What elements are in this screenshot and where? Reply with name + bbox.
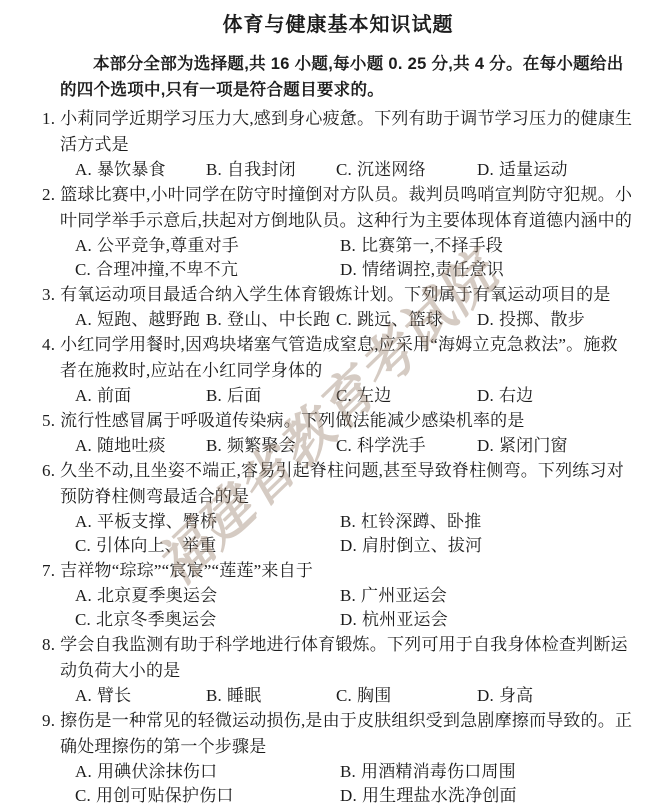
option-label: A. (75, 510, 92, 534)
option-text: 引体向上、举重 (96, 534, 216, 558)
question-number: 4. (42, 335, 55, 354)
option: B.用酒精消毒伤口周围 (340, 760, 516, 784)
option-text: 平板支撑、臀桥 (97, 510, 217, 534)
option: A.公平竞争,尊重对手 (75, 234, 340, 258)
option-rows: A.用碘伏涂抹伤口B.用酒精消毒伤口周围C.用创可贴保护伤口D.用生理盐水洗净创… (42, 760, 634, 807)
option-label: D. (477, 434, 494, 458)
option-text: 后面 (227, 384, 261, 408)
option: A.用碘伏涂抹伤口 (75, 760, 340, 784)
option: A.随地吐痰 (75, 434, 206, 458)
option-row: A.随地吐痰B.频繁聚会C.科学洗手D.紧闭门窗 (42, 434, 634, 458)
option: B.广州亚运会 (340, 584, 447, 608)
question-text: 吉祥物“琮琮”“宸宸”“莲莲”来自于 (60, 561, 313, 580)
option-row: A.臂长B.睡眠C.胸围D.身高 (42, 684, 634, 708)
option-text: 前面 (97, 384, 131, 408)
option-text: 用酒精消毒伤口周围 (361, 760, 516, 784)
option-label: A. (75, 760, 92, 784)
option-label: B. (206, 434, 222, 458)
option-label: C. (75, 258, 91, 282)
question-text: 学会自我监测有助于科学地进行体育锻炼。下列可用于自我身体检查判断运动负荷大小的是 (60, 635, 628, 680)
option-text: 广州亚运会 (361, 584, 447, 608)
option: A.臂长 (75, 684, 206, 708)
exam-page: 体育与健康基本知识试题 本部分全部为选择题,共 16 小题,每小题 0. 25 … (42, 12, 634, 807)
option-label: A. (75, 308, 92, 332)
option-label: C. (336, 158, 352, 182)
option: B.比赛第一,不择手段 (340, 234, 503, 258)
option-text: 胸围 (357, 684, 391, 708)
option-label: D. (477, 308, 494, 332)
option: B.杠铃深蹲、卧推 (340, 510, 481, 534)
option-row: C.用创可贴保护伤口D.用生理盐水洗净创面 (42, 784, 634, 807)
question-stem: 4.小红同学用餐时,因鸡块堵塞气管造成窒息,应采用“海姆立克急救法”。施救者在施… (42, 332, 634, 384)
question-stem: 2.篮球比赛中,小叶同学在防守时撞倒对方队员。裁判员鸣哨宣判防守犯规。小叶同学举… (42, 182, 634, 234)
option-label: A. (75, 434, 92, 458)
option: C.胸围 (336, 684, 477, 708)
option-row: A.暴饮暴食B.自我封闭C.沉迷网络D.适量运动 (42, 158, 634, 182)
question-text: 久坐不动,且坐姿不端正,容易引起脊柱问题,甚至导致脊柱侧弯。下列练习对预防脊柱侧… (60, 461, 624, 506)
option-row: A.北京夏季奥运会B.广州亚运会 (42, 584, 634, 608)
option-label: B. (206, 384, 222, 408)
option: D.投掷、散步 (477, 308, 585, 332)
option-text: 睡眠 (227, 684, 261, 708)
option: A.短跑、越野跑 (75, 308, 206, 332)
question-stem: 9.擦伤是一种常见的轻微运动损伤,是由于皮肤组织受到急剧摩擦而导致的。正确处理擦… (42, 708, 634, 760)
option-text: 随地吐痰 (97, 434, 166, 458)
option: C.北京冬季奥运会 (75, 608, 340, 632)
option-text: 杠铃深蹲、卧推 (361, 510, 481, 534)
option-label: C. (75, 534, 91, 558)
option: D.适量运动 (477, 158, 568, 182)
option: A.北京夏季奥运会 (75, 584, 340, 608)
page-title: 体育与健康基本知识试题 (42, 12, 634, 38)
exam-instructions: 本部分全部为选择题,共 16 小题,每小题 0. 25 分,共 4 分。在每小题… (60, 51, 634, 103)
option-row: A.用碘伏涂抹伤口B.用酒精消毒伤口周围 (42, 760, 634, 784)
option-label: B. (206, 308, 222, 332)
option-label: C. (336, 308, 352, 332)
question-number: 5. (42, 411, 55, 430)
option: A.暴饮暴食 (75, 158, 206, 182)
option-label: D. (340, 534, 357, 558)
option-label: C. (336, 684, 352, 708)
option-text: 杭州亚运会 (362, 608, 448, 632)
question: 1.小莉同学近期学习压力大,感到身心疲惫。下列有助于调节学习压力的健康生活方式是… (42, 106, 634, 182)
option: C.跳远、篮球 (336, 308, 477, 332)
option-text: 用生理盐水洗净创面 (362, 784, 517, 807)
option: B.自我封闭 (206, 158, 336, 182)
option-text: 用碘伏涂抹伤口 (97, 760, 217, 784)
option-text: 北京夏季奥运会 (97, 584, 217, 608)
option: D.右边 (477, 384, 533, 408)
question-stem: 5.流行性感冒属于呼吸道传染病。下列做法能减少感染机率的是 (42, 408, 634, 434)
option: D.用生理盐水洗净创面 (340, 784, 517, 807)
option: D.情绪调控,责任意识 (340, 258, 504, 282)
option: C.用创可贴保护伤口 (75, 784, 340, 807)
question: 7.吉祥物“琮琮”“宸宸”“莲莲”来自于 A.北京夏季奥运会B.广州亚运会C.北… (42, 558, 634, 632)
option-text: 用创可贴保护伤口 (96, 784, 234, 807)
question-number: 7. (42, 561, 55, 580)
question-stem: 1.小莉同学近期学习压力大,感到身心疲惫。下列有助于调节学习压力的健康生活方式是 (42, 106, 634, 158)
option-label: B. (340, 760, 356, 784)
option-rows: A.短跑、越野跑B.登山、中长跑C.跳远、篮球D.投掷、散步 (42, 308, 634, 332)
option: C.引体向上、举重 (75, 534, 340, 558)
option: C.沉迷网络 (336, 158, 477, 182)
option-text: 情绪调控,责任意识 (362, 258, 504, 282)
question-text: 流行性感冒属于呼吸道传染病。下列做法能减少感染机率的是 (60, 411, 524, 430)
option-text: 暴饮暴食 (97, 158, 166, 182)
option: D.杭州亚运会 (340, 608, 448, 632)
option: B.登山、中长跑 (206, 308, 336, 332)
option-text: 科学洗手 (357, 434, 426, 458)
question: 4.小红同学用餐时,因鸡块堵塞气管造成窒息,应采用“海姆立克急救法”。施救者在施… (42, 332, 634, 408)
option-label: D. (340, 608, 357, 632)
option-label: B. (340, 234, 356, 258)
question-text: 有氧运动项目最适合纳入学生体育锻炼计划。下列属于有氧运动项目的是 (60, 285, 610, 304)
option-label: B. (340, 510, 356, 534)
option-label: C. (336, 384, 352, 408)
option-label: D. (477, 684, 494, 708)
question: 9.擦伤是一种常见的轻微运动损伤,是由于皮肤组织受到急剧摩擦而导致的。正确处理擦… (42, 708, 634, 807)
option-text: 频繁聚会 (227, 434, 296, 458)
question-stem: 7.吉祥物“琮琮”“宸宸”“莲莲”来自于 (42, 558, 634, 584)
option-label: B. (206, 684, 222, 708)
question: 2.篮球比赛中,小叶同学在防守时撞倒对方队员。裁判员鸣哨宣判防守犯规。小叶同学举… (42, 182, 634, 282)
option-text: 自我封闭 (227, 158, 296, 182)
question-list: 1.小莉同学近期学习压力大,感到身心疲惫。下列有助于调节学习压力的健康生活方式是… (42, 106, 634, 807)
option-text: 紧闭门窗 (499, 434, 568, 458)
question-number: 1. (42, 109, 55, 128)
option-text: 跳远、篮球 (357, 308, 443, 332)
question: 5.流行性感冒属于呼吸道传染病。下列做法能减少感染机率的是 A.随地吐痰B.频繁… (42, 408, 634, 458)
option-text: 右边 (499, 384, 533, 408)
option: D.肩肘倒立、拔河 (340, 534, 482, 558)
question: 3.有氧运动项目最适合纳入学生体育锻炼计划。下列属于有氧运动项目的是 A.短跑、… (42, 282, 634, 332)
option-label: D. (340, 784, 357, 807)
option-label: D. (477, 384, 494, 408)
question: 6.久坐不动,且坐姿不端正,容易引起脊柱问题,甚至导致脊柱侧弯。下列练习对预防脊… (42, 458, 634, 558)
option-row: C.北京冬季奥运会D.杭州亚运会 (42, 608, 634, 632)
option-text: 身高 (499, 684, 533, 708)
question-stem: 3.有氧运动项目最适合纳入学生体育锻炼计划。下列属于有氧运动项目的是 (42, 282, 634, 308)
option-text: 臂长 (97, 684, 131, 708)
option-text: 适量运动 (499, 158, 568, 182)
option-row: A.公平竞争,尊重对手B.比赛第一,不择手段 (42, 234, 634, 258)
option: B.睡眠 (206, 684, 336, 708)
question-stem: 6.久坐不动,且坐姿不端正,容易引起脊柱问题,甚至导致脊柱侧弯。下列练习对预防脊… (42, 458, 634, 510)
option: B.频繁聚会 (206, 434, 336, 458)
option-label: C. (336, 434, 352, 458)
option-rows: A.臂长B.睡眠C.胸围D.身高 (42, 684, 634, 708)
question: 8.学会自我监测有助于科学地进行体育锻炼。下列可用于自我身体检查判断运动负荷大小… (42, 632, 634, 708)
option-row: A.平板支撑、臀桥B.杠铃深蹲、卧推 (42, 510, 634, 534)
question-text: 小红同学用餐时,因鸡块堵塞气管造成窒息,应采用“海姆立克急救法”。施救者在施救时… (60, 335, 618, 380)
option-label: B. (206, 158, 222, 182)
option-label: C. (75, 608, 91, 632)
option: D.身高 (477, 684, 533, 708)
question-text: 擦伤是一种常见的轻微运动损伤,是由于皮肤组织受到急剧摩擦而导致的。正确处理擦伤的… (60, 711, 632, 756)
question-number: 6. (42, 461, 55, 480)
option-label: D. (340, 258, 357, 282)
option-label: C. (75, 784, 91, 807)
option-row: A.前面B.后面C.左边D.右边 (42, 384, 634, 408)
option-text: 公平竞争,尊重对手 (97, 234, 239, 258)
option-row: C.引体向上、举重D.肩肘倒立、拔河 (42, 534, 634, 558)
option-label: B. (340, 584, 356, 608)
option-text: 左边 (357, 384, 391, 408)
option-label: A. (75, 158, 92, 182)
option-rows: A.北京夏季奥运会B.广州亚运会C.北京冬季奥运会D.杭州亚运会 (42, 584, 634, 632)
question-number: 8. (42, 635, 55, 654)
option-label: A. (75, 584, 92, 608)
option: D.紧闭门窗 (477, 434, 568, 458)
option-text: 合理冲撞,不卑不亢 (96, 258, 238, 282)
option: A.前面 (75, 384, 206, 408)
option: C.左边 (336, 384, 477, 408)
option-text: 北京冬季奥运会 (96, 608, 216, 632)
option-text: 登山、中长跑 (227, 308, 330, 332)
option-text: 肩肘倒立、拔河 (362, 534, 482, 558)
option: C.合理冲撞,不卑不亢 (75, 258, 340, 282)
question-number: 3. (42, 285, 55, 304)
question-text: 小莉同学近期学习压力大,感到身心疲惫。下列有助于调节学习压力的健康生活方式是 (60, 109, 632, 154)
option-rows: A.平板支撑、臀桥B.杠铃深蹲、卧推C.引体向上、举重D.肩肘倒立、拔河 (42, 510, 634, 558)
question-text: 篮球比赛中,小叶同学在防守时撞倒对方队员。裁判员鸣哨宣判防守犯规。小叶同学举手示… (60, 185, 632, 230)
option-rows: A.公平竞争,尊重对手B.比赛第一,不择手段C.合理冲撞,不卑不亢D.情绪调控,… (42, 234, 634, 282)
option-rows: A.随地吐痰B.频繁聚会C.科学洗手D.紧闭门窗 (42, 434, 634, 458)
option-row: C.合理冲撞,不卑不亢D.情绪调控,责任意识 (42, 258, 634, 282)
question-stem: 8.学会自我监测有助于科学地进行体育锻炼。下列可用于自我身体检查判断运动负荷大小… (42, 632, 634, 684)
question-number: 2. (42, 185, 55, 204)
option-label: A. (75, 384, 92, 408)
option: C.科学洗手 (336, 434, 477, 458)
option-text: 沉迷网络 (357, 158, 426, 182)
option-label: A. (75, 234, 92, 258)
option-text: 比赛第一,不择手段 (361, 234, 503, 258)
option: A.平板支撑、臀桥 (75, 510, 340, 534)
option-rows: A.暴饮暴食B.自我封闭C.沉迷网络D.适量运动 (42, 158, 634, 182)
option: B.后面 (206, 384, 336, 408)
option-text: 投掷、散步 (499, 308, 585, 332)
question-number: 9. (42, 711, 55, 730)
option-label: A. (75, 684, 92, 708)
option-row: A.短跑、越野跑B.登山、中长跑C.跳远、篮球D.投掷、散步 (42, 308, 634, 332)
option-text: 短跑、越野跑 (97, 308, 200, 332)
option-rows: A.前面B.后面C.左边D.右边 (42, 384, 634, 408)
option-label: D. (477, 158, 494, 182)
